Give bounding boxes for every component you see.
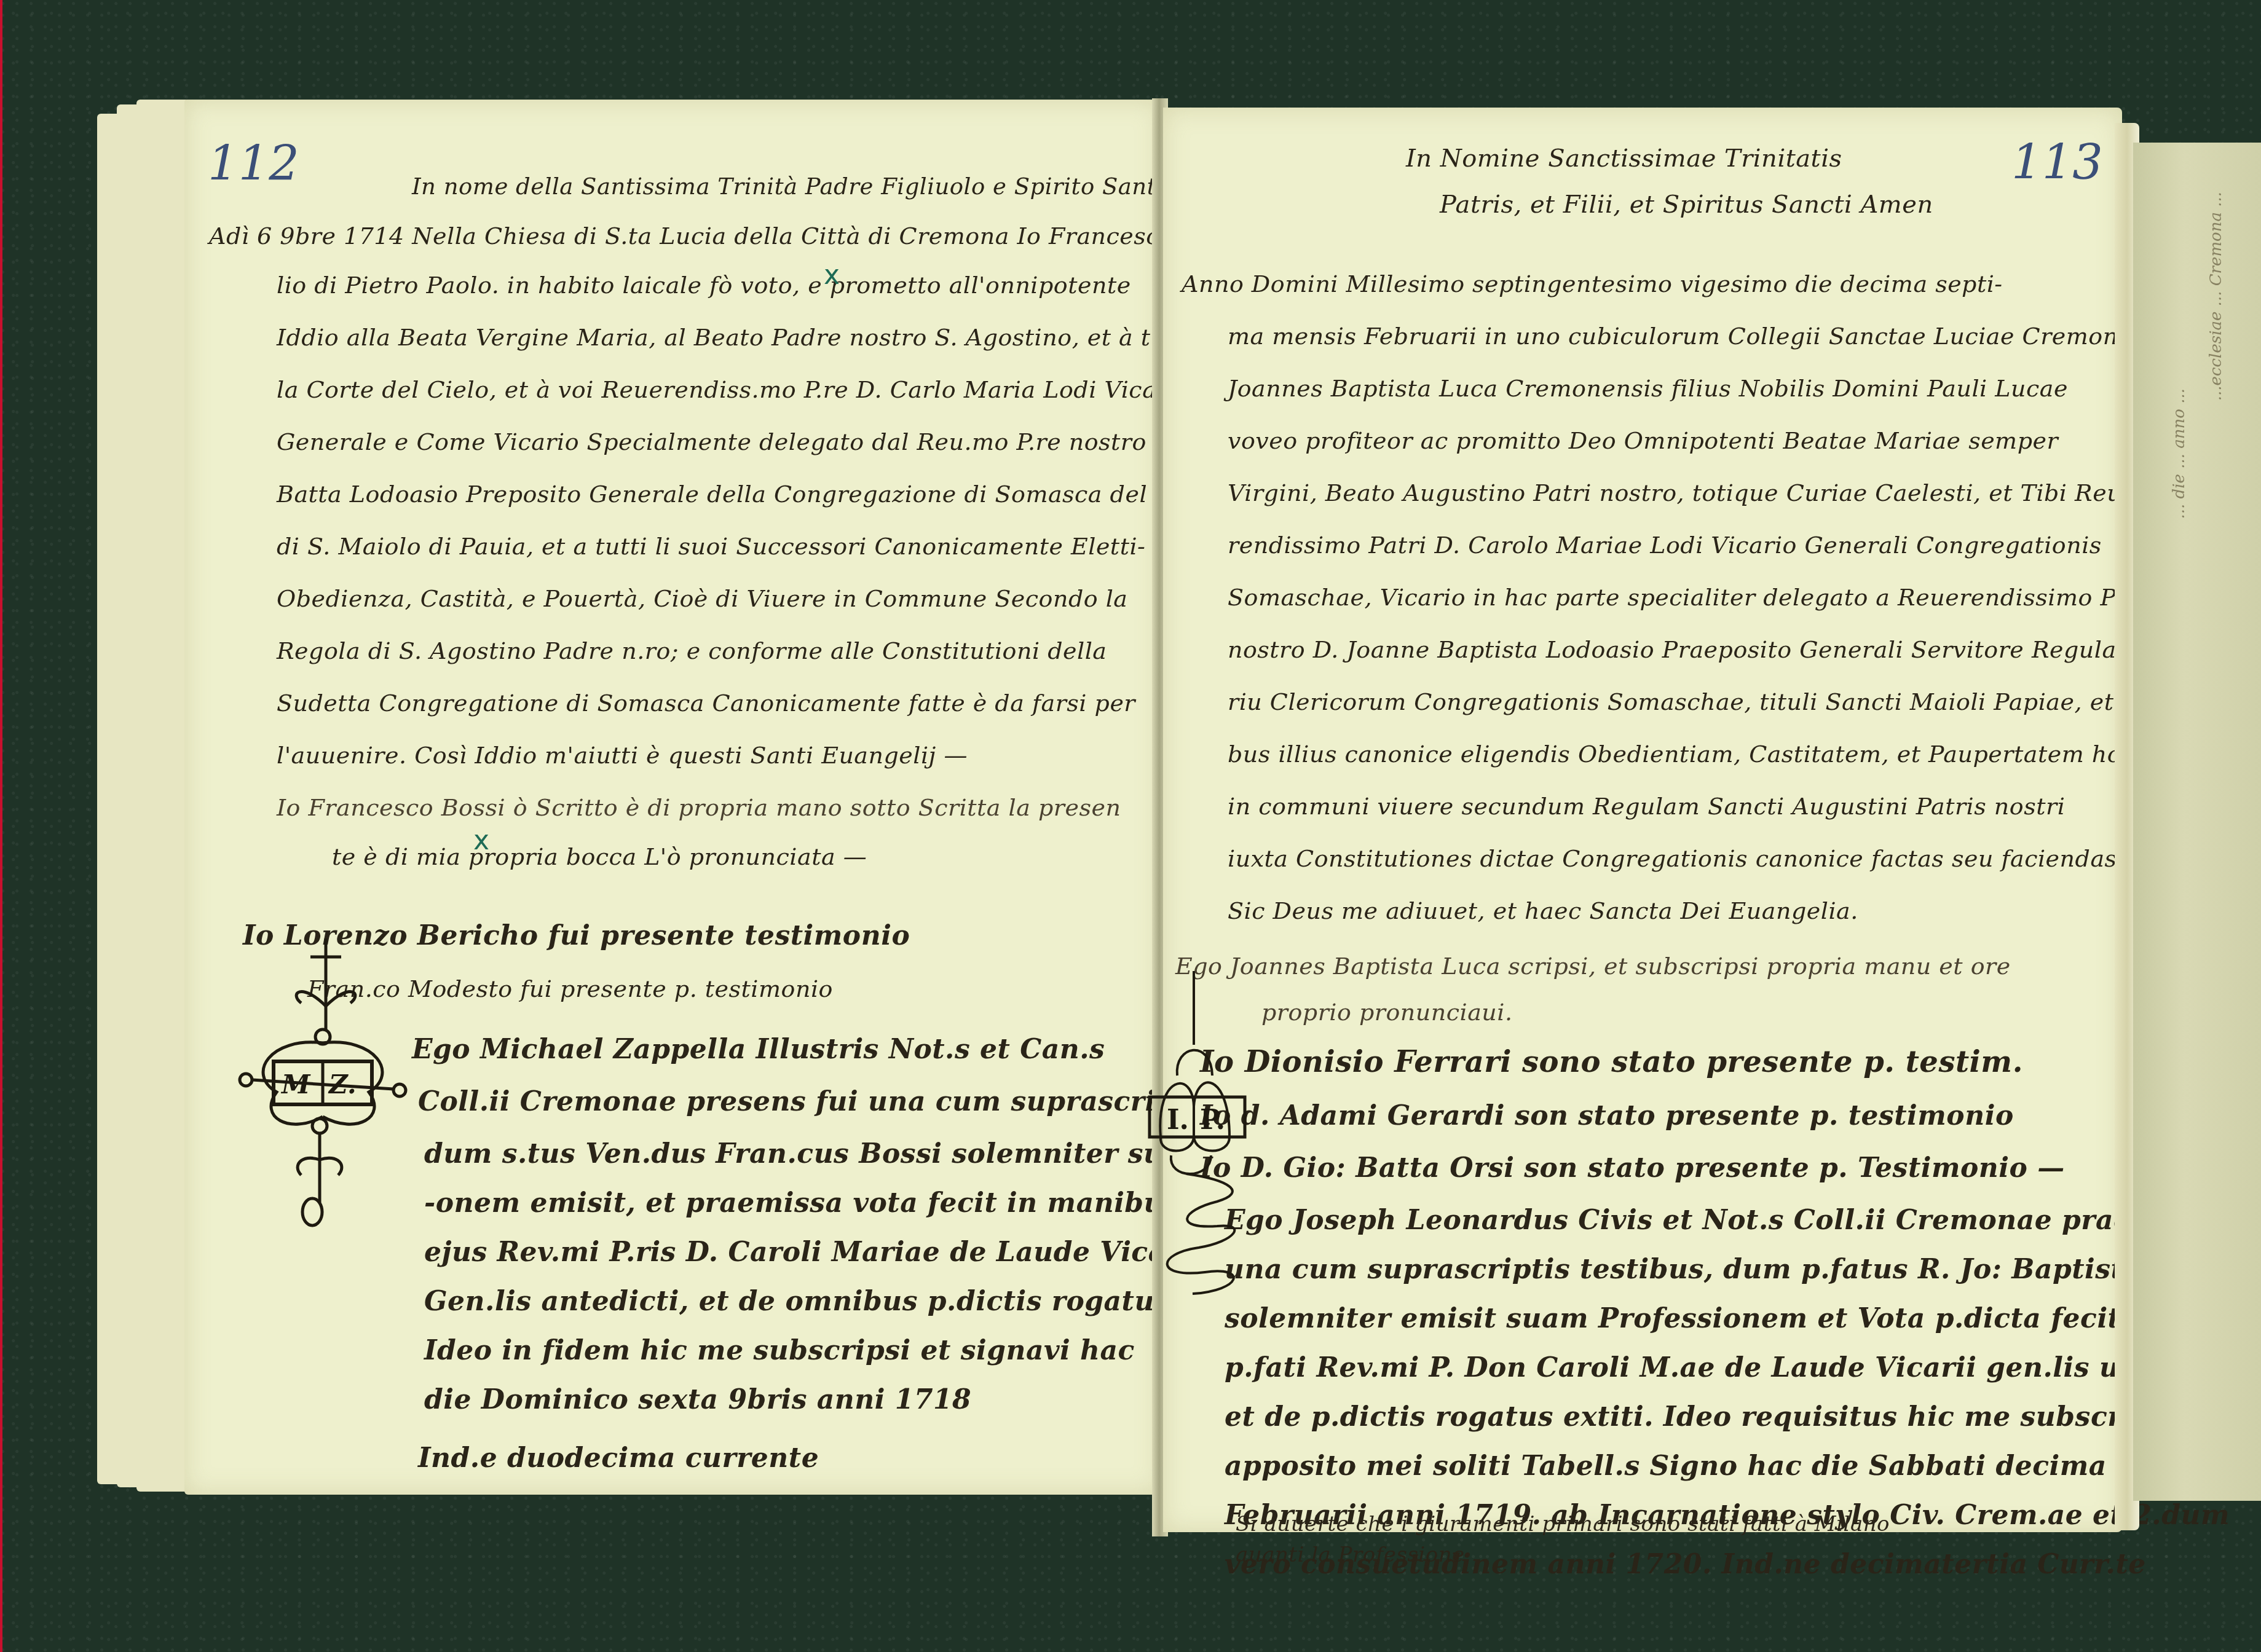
text-line: bus illius canonice eligendis Obedientia…	[1228, 741, 2179, 768]
notary-line: -onem emisit, et praemissa vota fecit in…	[424, 1187, 1179, 1219]
text-line: lio di Pietro Paolo. in habito laicale f…	[277, 272, 1131, 299]
left-page: 112 In nome della Santissima Trinità Pad…	[184, 100, 1161, 1495]
svg-text:I.: I.	[1167, 1104, 1189, 1136]
text-line: voveo profiteor ac promitto Deo Omnipote…	[1228, 427, 2058, 454]
witness-line: Io Dionisio Ferrari sono stato presente …	[1200, 1045, 2023, 1079]
signature-line: proprio pronunciaui.	[1261, 999, 1513, 1026]
text-line: Iddio alla Beata Vergine Maria, al Beato…	[277, 324, 1199, 351]
text-line: in communi viuere secundum Regulam Sanct…	[1228, 793, 2065, 820]
page-number: 113	[2011, 135, 2103, 191]
text-line: ma mensis Februarii in uno cubiculorum C…	[1228, 323, 2201, 350]
note-line: Si auuerte che i giuramenti primari sono…	[1236, 1512, 1890, 1536]
notary-line: una cum suprascriptis testibus, dum p.fa…	[1225, 1254, 2261, 1285]
heading-line: Patris, et Filii, et Spiritus Sancti Ame…	[1440, 191, 1933, 219]
signature-line: Ego Joannes Baptista Luca scripsi, et su…	[1175, 953, 2011, 980]
attached-document: ...ecclesiae ... Cremona ... ... die ...…	[2133, 143, 2261, 1501]
text-line: di S. Maiolo di Pauia, et a tutti li suo…	[277, 533, 1145, 560]
margin-x-mark: x	[824, 259, 840, 291]
signature-line: te è di mia propria bocca L'ò pronunciat…	[332, 843, 867, 870]
notary-line: Gen.lis antedicti, et de omnibus p.dicti…	[424, 1286, 1260, 1317]
text-line: Generale e Come Vicario Specialmente del…	[277, 428, 1229, 455]
notary-line: Ego Joseph Leonardus Civis et Not.s Coll…	[1225, 1205, 2252, 1236]
text-line: rendissimo Patri D. Carolo Mariae Lodi V…	[1228, 532, 2102, 559]
notary-line: die Dominico sexta 9bris anni 1718	[424, 1384, 971, 1415]
page-number: 112	[208, 136, 299, 192]
page-edge	[136, 100, 187, 1492]
text-line: Regola di S. Agostino Padre n.ro; e conf…	[277, 637, 1107, 664]
svg-text:Z.: Z.	[328, 1069, 357, 1099]
svg-text:P.: P.	[1200, 1104, 1225, 1136]
note-line: auanti la Professione	[1236, 1543, 1465, 1567]
text-line: Virgini, Beato Augustino Patri nostro, t…	[1228, 479, 2145, 506]
text-line: Somaschae, Vicario in hac parte speciali…	[1228, 584, 2164, 611]
notary-line: ejus Rev.mi P.ris D. Caroli Mariae de La…	[424, 1237, 1202, 1268]
notary-line: solemniter emisit suam Professionem et V…	[1225, 1303, 2261, 1334]
text-line: Batta Lodoasio Preposito Generale della …	[277, 481, 1218, 508]
right-page: 113 In Nomine Sanctissimae Trinitatis Pa…	[1163, 108, 2122, 1532]
text-line: nostro D. Joanne Baptista Lodoasio Praep…	[1228, 636, 2117, 663]
notary-line: et de p.dictis rogatus extiti. Ideo requ…	[1225, 1401, 2178, 1433]
svg-text:M: M	[280, 1069, 311, 1099]
invocation-line: In nome della Santissima Trinità Padre F…	[412, 173, 1245, 200]
notary-line: Ind.e duodecima currente	[418, 1442, 819, 1474]
signature-line: Io Francesco Bossi ò Scritto è di propri…	[277, 794, 1121, 821]
text-line: Anno Domini Millesimo septingentesimo vi…	[1182, 270, 2003, 297]
text-line: la Corte del Cielo, et à voi Reuerendiss…	[277, 376, 1198, 403]
text-line: Sudetta Congregatione di Somasca Canonic…	[277, 690, 1135, 717]
text-line: l'auuenire. Così Iddio m'aiutti è questi…	[277, 742, 968, 769]
text-line: riu Clericorum Congregationis Somaschae,…	[1228, 688, 2252, 715]
notary-line: apposito mei soliti Tabell.s Signo hac d…	[1225, 1450, 2239, 1482]
margin-x-mark: x	[473, 825, 489, 856]
notarial-seal-mz-icon: M Z.	[234, 932, 418, 1289]
scan-edge-strip	[0, 0, 2, 1652]
witness-line: Io D. Gio: Batta Orsi son stato presente…	[1200, 1152, 2065, 1184]
text-line: Adì 6 9bre 1714 Nella Chiesa di S.ta Luc…	[209, 222, 1285, 250]
text-line: Obedienza, Castità, e Pouertà, Cioè di V…	[277, 585, 1128, 612]
witness-line: Io d. Adami Gerardi son stato presente p…	[1200, 1100, 2014, 1131]
attached-document-text: ...ecclesiae ... Cremona ...	[2207, 192, 2225, 401]
attached-document-text: ... die ... anno ...	[2170, 388, 2188, 519]
text-line: iuxta Constitutiones dictae Congregation…	[1228, 845, 2125, 872]
notary-line: Ego Michael Zappella Illustris Not.s et …	[412, 1034, 1105, 1065]
text-line: Joannes Baptista Luca Cremonensis filius…	[1228, 375, 2068, 402]
text-line: Sic Deus me adiuuet, et haec Sancta Dei …	[1228, 897, 1858, 924]
heading-line: In Nomine Sanctissimae Trinitatis	[1406, 144, 1842, 173]
notarial-seal-ip-icon: I. P.	[1143, 971, 1291, 1352]
notary-line: Ideo in fidem hic me subscripsi et signa…	[424, 1335, 1135, 1366]
notary-line: p.fati Rev.mi P. Don Caroli M.ae de Laud…	[1225, 1352, 2200, 1383]
